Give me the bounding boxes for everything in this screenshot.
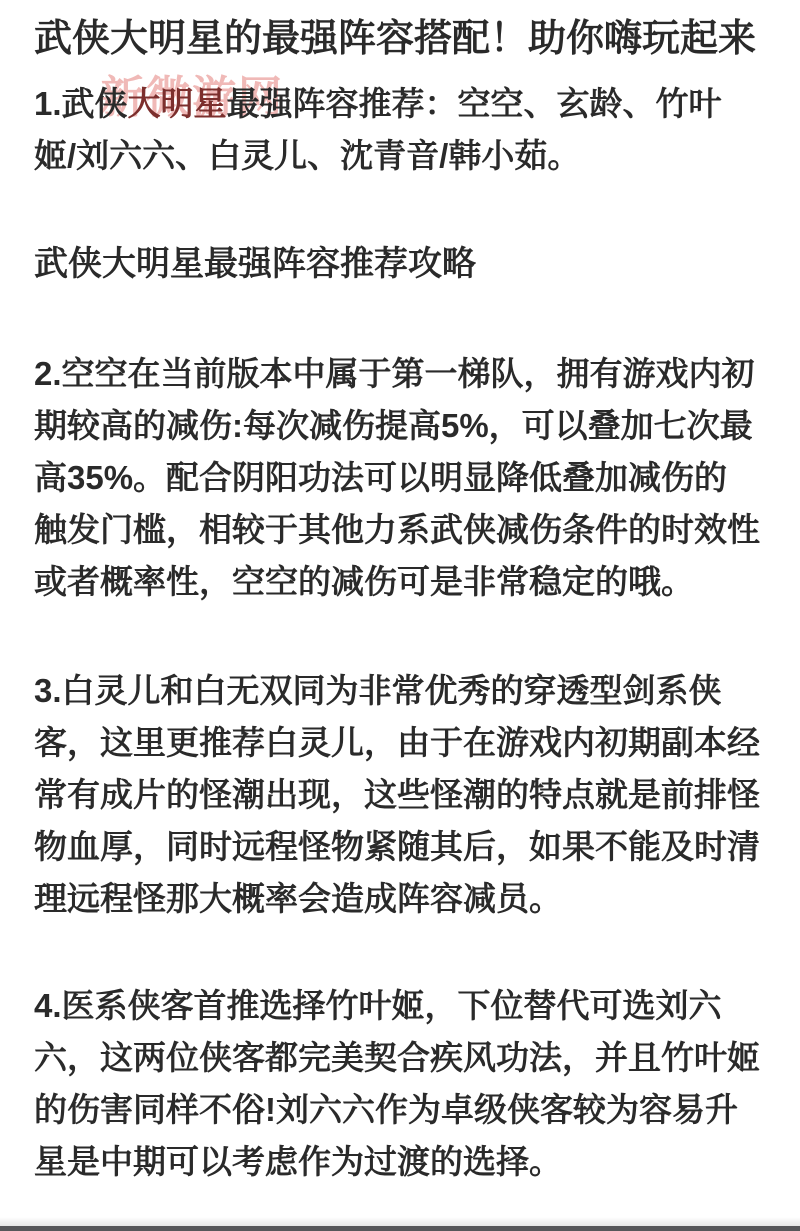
intro-watermarked-words: 大明星: [128, 85, 227, 122]
screenshot-bottom-edge: [0, 1217, 800, 1231]
article-body: 武侠大明星的最强阵容搭配！助你嗨玩起来 1.武侠大明星最强阵容推荐：空空、玄龄、…: [0, 16, 800, 1188]
intro-prefix: 1.武侠: [34, 85, 128, 122]
bottom-edge-bar: [0, 1226, 800, 1231]
article-title: 武侠大明星的最强阵容搭配！助你嗨玩起来: [34, 16, 766, 62]
paragraph-kongkong: 2.空空在当前版本中属于第一梯队，拥有游戏内初 期较高的减伤:每次减伤提高5%，…: [34, 348, 766, 608]
bottom-edge-shadow: [0, 1217, 800, 1226]
paragraph-bailinger: 3.白灵儿和白无双同为非常优秀的穿透型剑系侠 客，这里更推荐白灵儿，由于在游戏内…: [34, 665, 766, 925]
paragraph-zhuyeji: 4.医系侠客首推选择竹叶姬，下位替代可选刘六 六，这两位侠客都完美契合疾风功法，…: [34, 980, 766, 1188]
intro-paragraph: 1.武侠大明星最强阵容推荐：空空、玄龄、竹叶 姬/刘六六、白灵儿、沈青音/韩小茹…: [34, 78, 766, 182]
section-heading: 武侠大明星最强阵容推荐攻略: [34, 238, 766, 290]
